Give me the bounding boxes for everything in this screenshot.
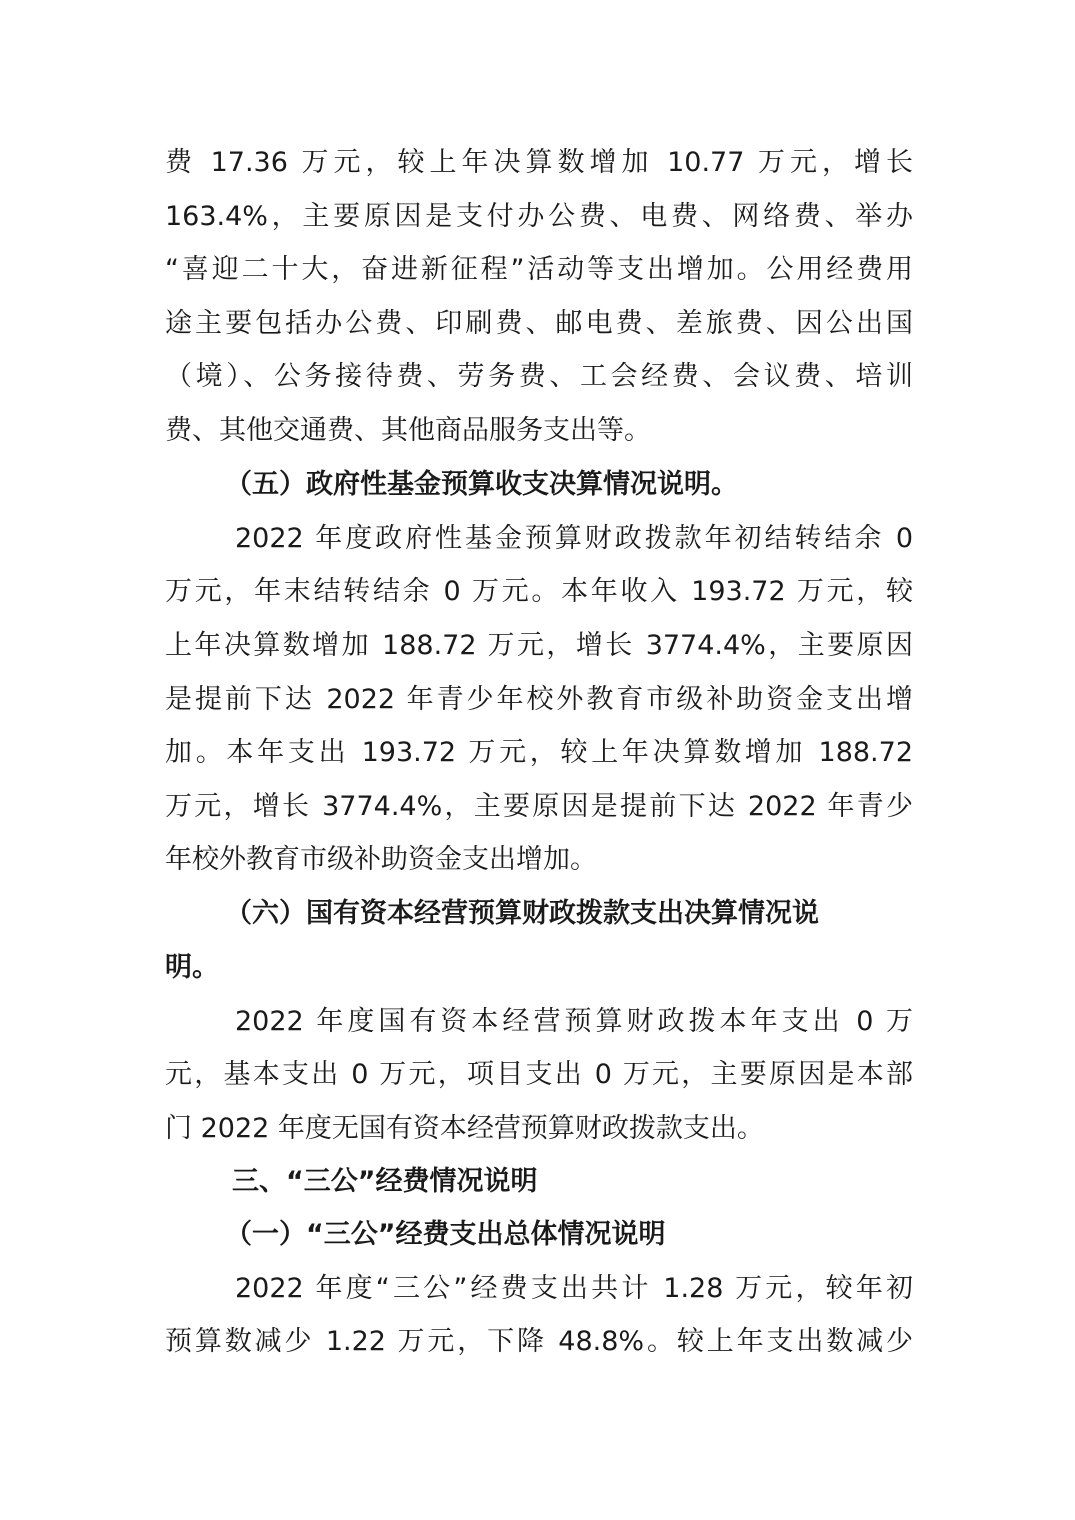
text-line: 2022 年度国有资本经营预算财政拨本年支出 0 万 bbox=[235, 1002, 913, 1042]
text-line: 费、其他交通费、其他商品服务支出等。 bbox=[165, 411, 913, 451]
text-line: （境）、公务接待费、劳务费、工会经费、会议费、培训 bbox=[165, 357, 913, 397]
text-line: 年校外教育市级补助资金支出增加。 bbox=[165, 840, 913, 880]
text-line: 2022 年度“三公”经费支出共计 1.28 万元，较年初 bbox=[235, 1269, 913, 1309]
subheading-state-capital: （六）国有资本经营预算财政拨款支出决算情况说 bbox=[225, 894, 913, 934]
text-line: 万元，年末结转结余 0 万元。本年收入 193.72 万元，较 bbox=[165, 572, 913, 612]
text-line: 加。本年支出 193.72 万元，较上年决算数增加 188.72 bbox=[165, 733, 913, 773]
subheading-government-fund: （五）政府性基金预算收支决算情况说明。 bbox=[225, 465, 973, 505]
text-line: 预算数减少 1.22 万元，下降 48.8%。较上年支出数减少 bbox=[165, 1322, 913, 1362]
text-line: 万元，增长 3774.4%，主要原因是提前下达 2022 年青少 bbox=[165, 787, 913, 827]
section-heading-three-public: 三、“三公”经费情况说明 bbox=[232, 1162, 980, 1202]
text-line: 途主要包括办公费、印刷费、邮电费、差旅费、因公出国 bbox=[165, 304, 913, 344]
text-line: 元，基本支出 0 万元，项目支出 0 万元，主要原因是本部 bbox=[165, 1055, 913, 1095]
text-line: 费 17.36 万元，较上年决算数增加 10.77 万元，增长 bbox=[165, 143, 913, 183]
text-line: 2022 年度政府性基金预算财政拨款年初结转结余 0 bbox=[235, 519, 913, 559]
text-line: “喜迎二十大，奋进新征程”活动等支出增加。公用经费用 bbox=[165, 250, 913, 290]
text-line: 上年决算数增加 188.72 万元，增长 3774.4%，主要原因 bbox=[165, 626, 913, 666]
text-line: 是提前下达 2022 年青少年校外教育市级补助资金支出增 bbox=[165, 680, 913, 720]
document-page: 费 17.36 万元，较上年决算数增加 10.77 万元，增长 163.4%，主… bbox=[0, 0, 1075, 1520]
text-line: 门 2022 年度无国有资本经营预算财政拨款支出。 bbox=[165, 1109, 913, 1149]
subheading-three-public-overall: （一）“三公”经费支出总体情况说明 bbox=[225, 1215, 973, 1255]
subheading-state-capital-cont: 明。 bbox=[165, 948, 913, 988]
text-line: 163.4%，主要原因是支付办公费、电费、网络费、举办 bbox=[165, 197, 913, 237]
